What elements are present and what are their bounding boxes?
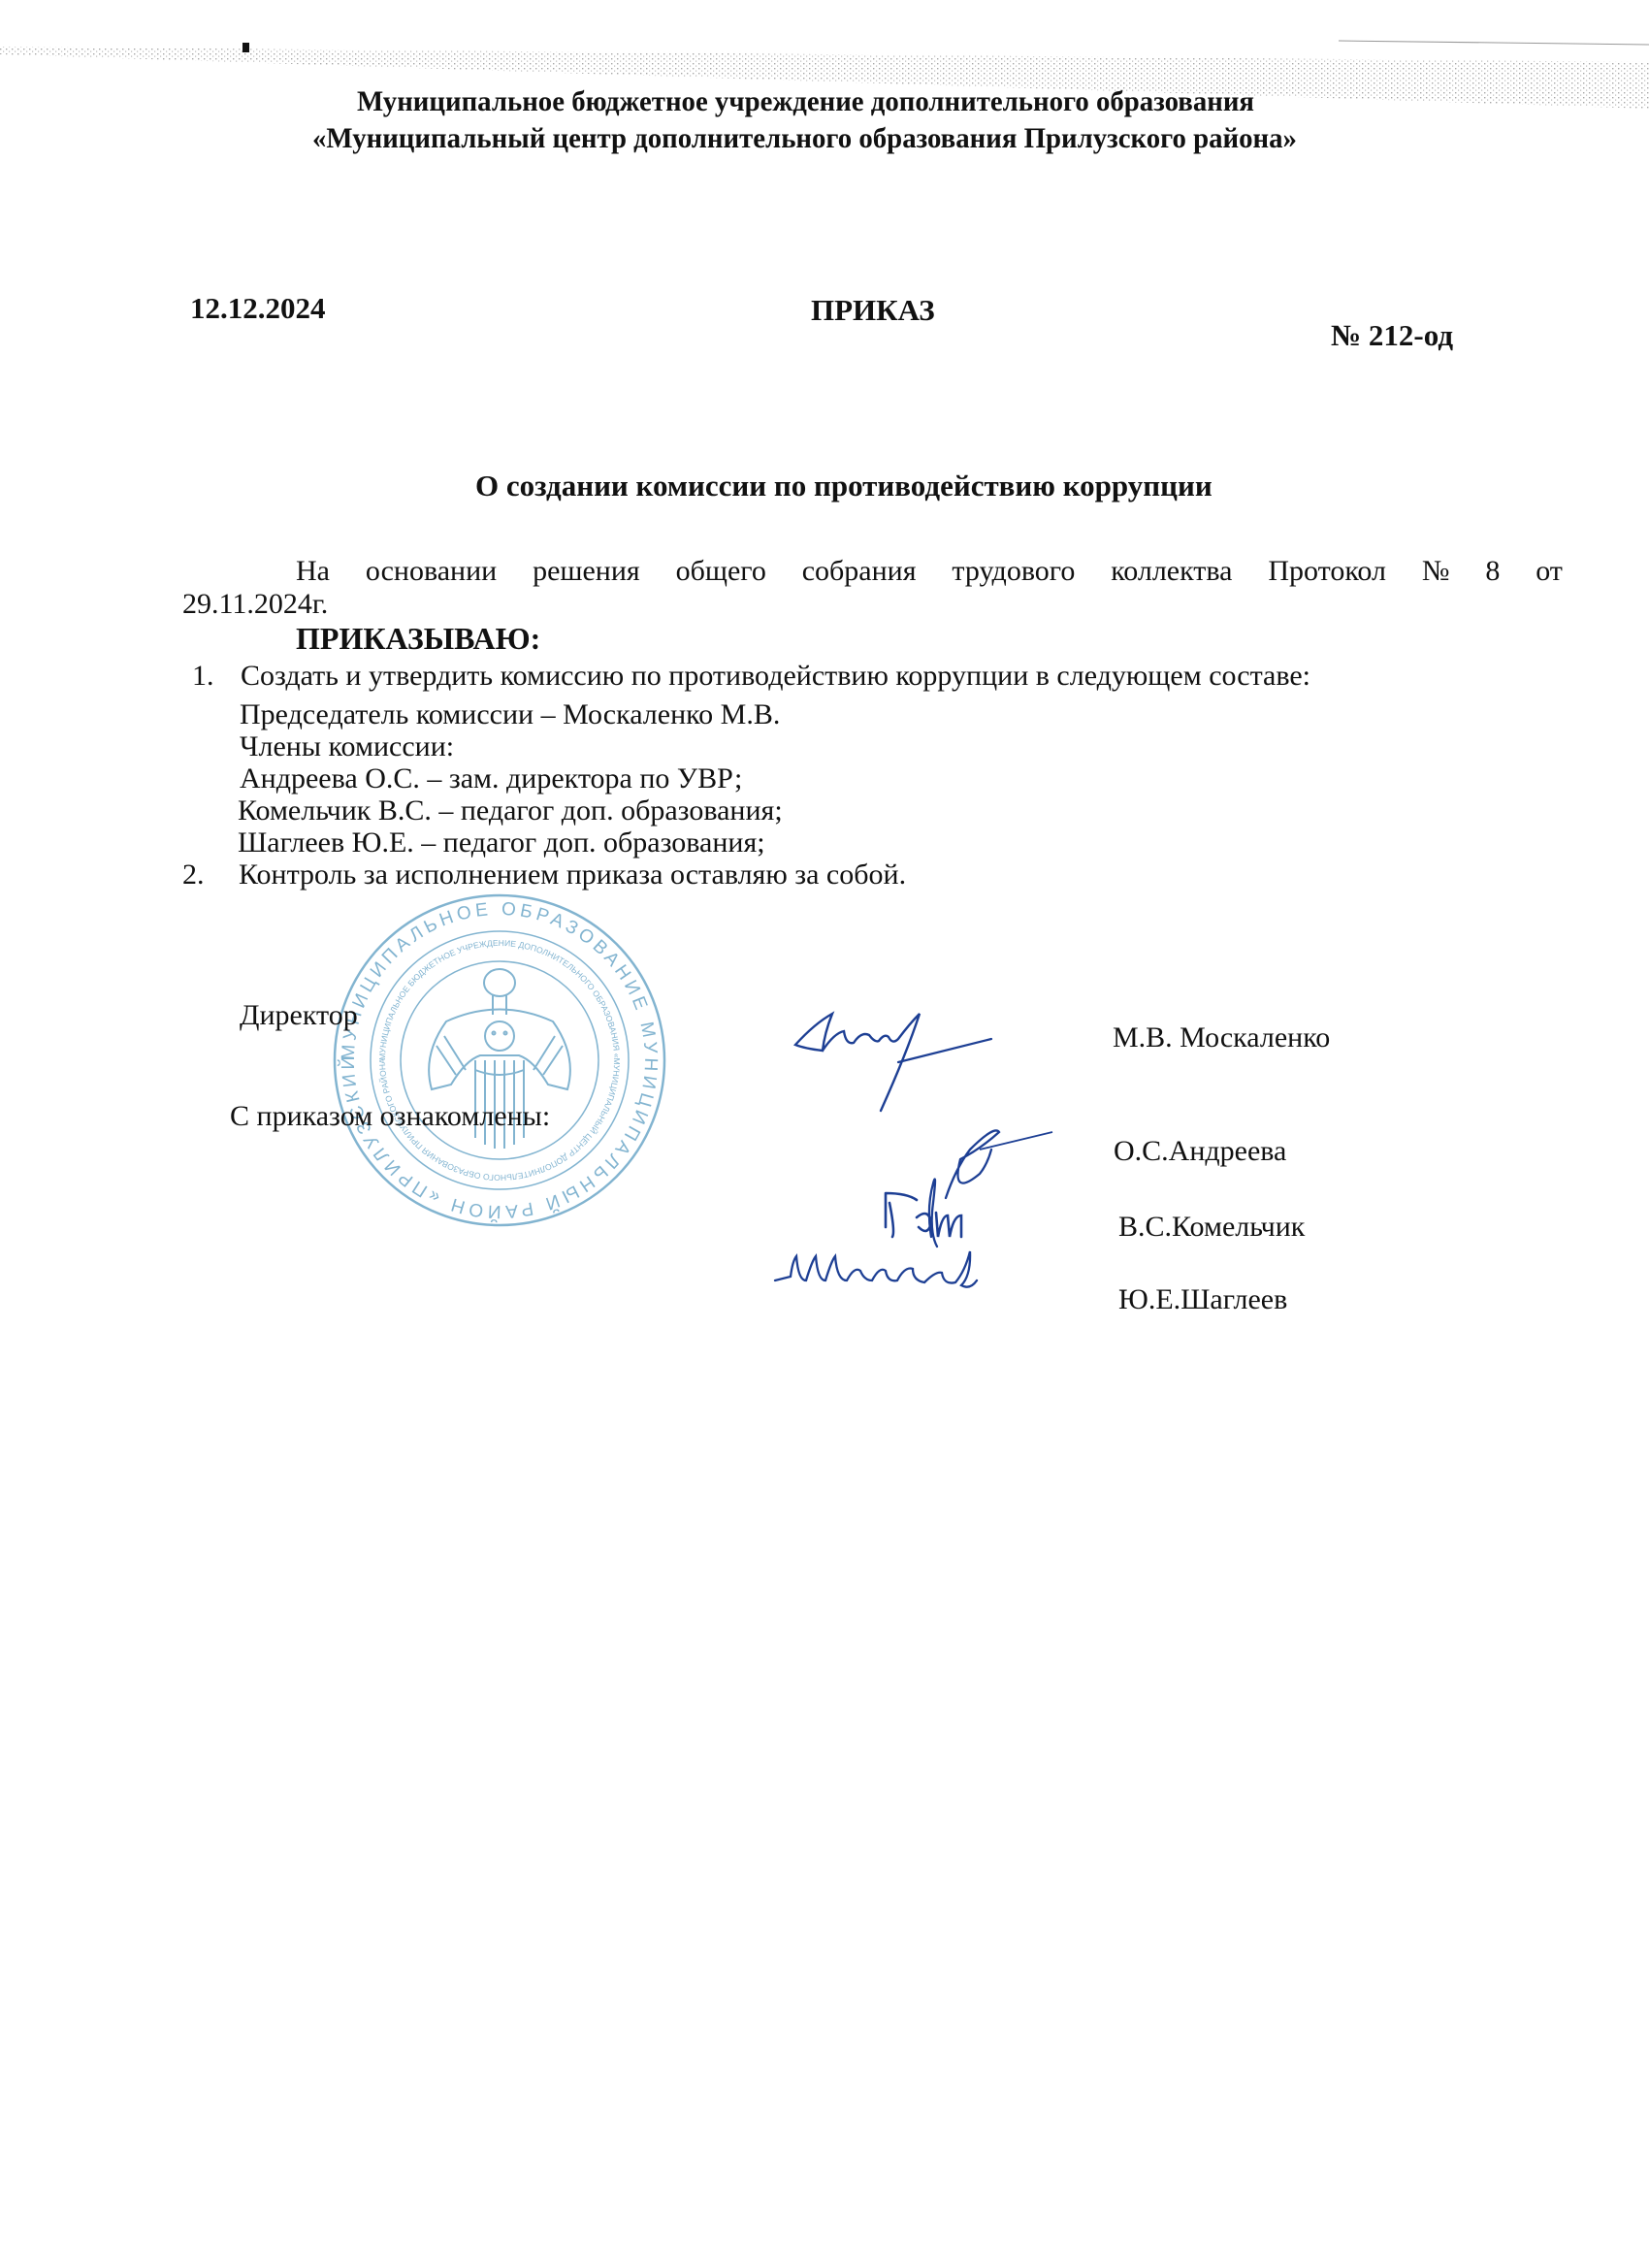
item-text: Создать и утвердить комиссию по противод… (241, 662, 1310, 691)
committee-member: Шаглеев Ю.Е. – педагог доп. образования; (238, 828, 765, 858)
preamble-word: 8 (1485, 555, 1500, 588)
committee-member: Андреева О.С. – зам. директора по УВР; (240, 764, 742, 794)
acknowledged-name: Ю.Е.Шаглеев (1118, 1285, 1287, 1314)
preamble-continuation: 29.11.2024г. (182, 590, 328, 619)
preamble-word: общего (676, 555, 766, 588)
order-date: 12.12.2024 (190, 293, 326, 323)
position-label-director: Директор (240, 1001, 358, 1030)
institution-name-line2: «Муниципальный центр дополнительного обр… (312, 124, 1297, 153)
preamble-word: № (1422, 555, 1450, 588)
preamble-word: коллектва (1111, 555, 1232, 588)
item-text: Контроль за исполнением приказа оставляю… (239, 860, 906, 890)
committee-chair: Председатель комиссии – Москаленко М.В. (240, 700, 780, 729)
committee-member: Комельчик В.С. – педагог доп. образовани… (238, 796, 783, 826)
preamble-line: На основании решения общего собрания тру… (296, 555, 1563, 588)
acknowledged-name: О.С.Андреева (1114, 1137, 1286, 1166)
preamble-word: Протокол (1268, 555, 1386, 588)
preamble-word: собрания (802, 555, 917, 588)
document-page: Муниципальное бюджетное учреждение допол… (0, 0, 1649, 2268)
director-name: М.В. Москаленко (1113, 1023, 1330, 1053)
acknowledged-name: В.С.Комельчик (1118, 1213, 1305, 1242)
shagleev-signature (771, 1242, 999, 1305)
director-signature (786, 1004, 994, 1116)
preamble-word: от (1536, 555, 1563, 588)
preamble-word: На (296, 555, 330, 588)
preamble-word: основании (366, 555, 497, 588)
order-number: № 212-од (1331, 320, 1453, 350)
preamble-word: решения (533, 555, 640, 588)
doc-type-heading: ПРИКАЗ (811, 295, 935, 325)
item-number: 2. (182, 860, 205, 890)
institution-name-line1: Муниципальное бюджетное учреждение допол… (357, 87, 1254, 116)
acknowledged-label: С приказом ознакомлены: (230, 1102, 550, 1131)
directive-heading: ПРИКАЗЫВАЮ: (296, 623, 540, 654)
preamble-word: трудового (952, 555, 1075, 588)
order-title: О создании комиссии по противодействию к… (475, 470, 1212, 501)
official-stamp: МУНИЦИПАЛЬНОЕ ОБРАЗОВАНИЕ МУНИЦИПАЛЬНЫЙ … (330, 891, 669, 1230)
item-number: 1. (192, 662, 214, 691)
committee-members-label: Члены комиссии: (240, 732, 454, 761)
